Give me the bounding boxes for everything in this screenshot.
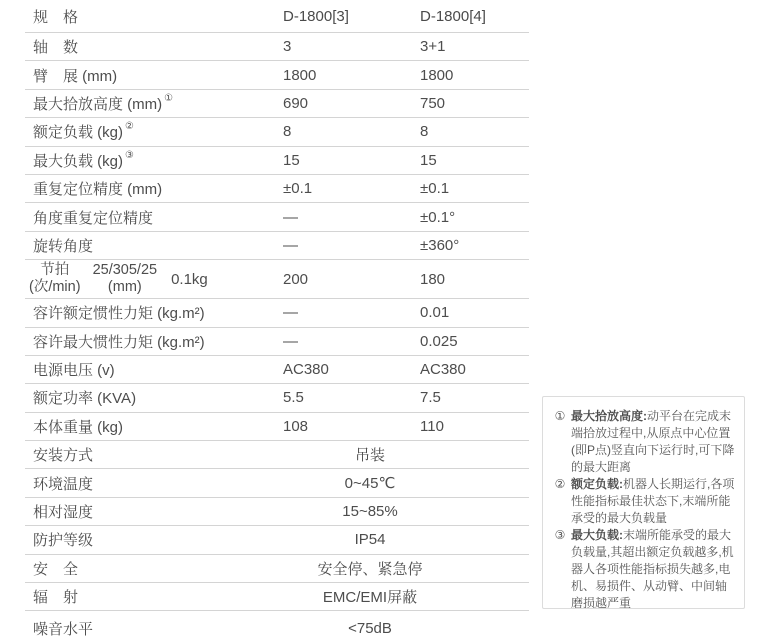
value-cell: ±0.1 bbox=[420, 180, 529, 197]
spec-row-body-weight: 本体重量 (kg) 108 110 bbox=[25, 413, 529, 441]
spec-row-arm-span: 臂 展 (mm) 1800 1800 bbox=[25, 61, 529, 89]
row-label-text: 噪音水平 bbox=[33, 618, 93, 639]
footnote-item-1: ① 最大拾放高度:动平台在完成末端拾放过程中,从原点中心位置(即P点)竖直向下运… bbox=[549, 408, 736, 476]
footnote-text: 最大负载:末端所能承受的最大负载量,其超出额定负载越多,机器人各项性能指标损失越… bbox=[571, 527, 736, 609]
spec-row-power-voltage: 电源电压 (v) AC380 AC380 bbox=[25, 356, 529, 384]
row-label: 额定功率 (KVA) bbox=[25, 387, 283, 408]
row-label: 相对湿度 bbox=[25, 501, 283, 522]
row-label: 角度重复定位精度 bbox=[25, 207, 283, 228]
merged-value-cell: IP54 bbox=[283, 531, 529, 548]
header-spec-text: 规 格 bbox=[33, 6, 78, 27]
footnote-marker: ② bbox=[549, 476, 571, 527]
value-cell: 5.5 bbox=[283, 389, 420, 406]
value-cell: — bbox=[283, 237, 420, 254]
value-cell: 8 bbox=[420, 123, 529, 140]
footnote-item-2: ② 额定负载:机器人长期运行,各项性能指标最佳状态下,末端所能承受的最大负载量 bbox=[549, 476, 736, 527]
spec-row-mounting: 安装方式 吊装 bbox=[25, 441, 529, 469]
footnote-text: 最大拾放高度:动平台在完成末端拾放过程中,从原点中心位置(即P点)竖直向下运行时… bbox=[571, 408, 736, 476]
value-cell: AC380 bbox=[420, 361, 529, 378]
row-label-text: 额定功率 (KVA) bbox=[33, 387, 136, 408]
row-label: 额定负载 (kg)② bbox=[25, 121, 283, 142]
row-label: 最大负载 (kg)③ bbox=[25, 150, 283, 171]
footnote-term: 最大拾放高度: bbox=[571, 409, 647, 423]
footnote-marker: ③ bbox=[549, 527, 571, 609]
footnote-ref: ② bbox=[125, 121, 134, 132]
row-label-text: 环境温度 bbox=[33, 473, 93, 494]
row-label-text: 安 全 bbox=[33, 558, 78, 579]
row-label: 最大拾放高度 (mm)① bbox=[25, 93, 283, 114]
footnote-ref: ③ bbox=[125, 150, 134, 161]
footnote-term: 额定负载: bbox=[571, 477, 623, 491]
row-label-text: 旋转角度 bbox=[33, 235, 93, 256]
row-label-text: 容许最大惯性力矩 (kg.m²) bbox=[33, 331, 205, 352]
cycle-rate-title: 节拍 bbox=[40, 262, 69, 279]
row-label: 重复定位精度 (mm) bbox=[25, 178, 283, 199]
value-cell: — bbox=[283, 209, 420, 226]
spec-row-relative-humidity: 相对湿度 15~85% bbox=[25, 498, 529, 526]
row-label: 辐 射 bbox=[25, 586, 283, 607]
cycle-rate-unit: 节拍 (次/min) bbox=[29, 262, 81, 296]
row-label: 安装方式 bbox=[25, 444, 283, 465]
value-cell: — bbox=[283, 304, 420, 321]
row-label-text: 最大拾放高度 (mm) bbox=[33, 93, 162, 114]
value-cell: 1800 bbox=[283, 67, 420, 84]
value-cell: ±0.1° bbox=[420, 209, 529, 226]
row-label-text: 臂 展 (mm) bbox=[33, 65, 117, 86]
value-cell: 750 bbox=[420, 95, 529, 112]
footnote-text: 额定负载:机器人长期运行,各项性能指标最佳状态下,末端所能承受的最大负载量 bbox=[571, 476, 736, 527]
spec-row-rated-inertia: 容许额定惯性力矩 (kg.m²) — 0.01 bbox=[25, 299, 529, 327]
row-label-text: 辐 射 bbox=[33, 586, 78, 607]
row-label-text: 电源电压 (v) bbox=[33, 359, 115, 380]
merged-value-cell: <75dB bbox=[283, 620, 529, 637]
value-cell: 3 bbox=[283, 38, 420, 55]
row-label-text: 本体重量 (kg) bbox=[33, 416, 123, 437]
value-cell: 15 bbox=[420, 152, 529, 169]
row-label-text: 最大负载 (kg) bbox=[33, 150, 123, 171]
cycle-rate-unit-text: (次/min) bbox=[29, 279, 81, 296]
row-label-text: 容许额定惯性力矩 (kg.m²) bbox=[33, 302, 205, 323]
value-cell: 0.01 bbox=[420, 304, 529, 321]
cycle-rate-load: 0.1kg bbox=[171, 271, 208, 288]
row-label-text: 轴 数 bbox=[33, 36, 78, 57]
value-cell: AC380 bbox=[283, 361, 420, 378]
cycle-rate-path-values: 25/305/25 bbox=[93, 262, 158, 279]
spec-table: 规 格 D-1800[3] D-1800[4] 轴 数 3 3+1 臂 展 (m… bbox=[25, 0, 529, 641]
row-label-text: 额定负载 (kg) bbox=[33, 121, 123, 142]
spec-row-ambient-temperature: 环境温度 0~45℃ bbox=[25, 469, 529, 497]
row-label: 容许额定惯性力矩 (kg.m²) bbox=[25, 302, 283, 323]
value-cell: 8 bbox=[283, 123, 420, 140]
value-cell: 7.5 bbox=[420, 389, 529, 406]
value-cell: 1800 bbox=[420, 67, 529, 84]
spec-row-max-pick-height: 最大拾放高度 (mm)① 690 750 bbox=[25, 90, 529, 118]
spec-row-protection-rating: 防护等级 IP54 bbox=[25, 526, 529, 554]
value-cell: 200 bbox=[283, 271, 420, 288]
cycle-rate-path-unit: (mm) bbox=[108, 279, 142, 296]
spec-row-repeat-accuracy: 重复定位精度 (mm) ±0.1 ±0.1 bbox=[25, 175, 529, 203]
row-label: 电源电压 (v) bbox=[25, 359, 283, 380]
value-cell: 180 bbox=[420, 271, 529, 288]
header-model-a: D-1800[3] bbox=[283, 8, 420, 25]
merged-value-cell: 安全停、紧急停 bbox=[283, 558, 529, 579]
merged-value-cell: 吊装 bbox=[283, 444, 529, 465]
row-label-text: 角度重复定位精度 bbox=[33, 207, 153, 228]
spec-row-rated-power: 额定功率 (KVA) 5.5 7.5 bbox=[25, 384, 529, 412]
spec-row-max-load: 最大负载 (kg)③ 15 15 bbox=[25, 147, 529, 175]
footnote-item-3: ③ 最大负载:末端所能承受的最大负载量,其超出额定负载越多,机器人各项性能指标损… bbox=[549, 527, 736, 609]
value-cell: ±360° bbox=[420, 237, 529, 254]
row-label: 容许最大惯性力矩 (kg.m²) bbox=[25, 331, 283, 352]
row-label-text: 安装方式 bbox=[33, 444, 93, 465]
table-header-row: 规 格 D-1800[3] D-1800[4] bbox=[25, 0, 529, 33]
footnotes-panel: ① 最大拾放高度:动平台在完成末端拾放过程中,从原点中心位置(即P点)竖直向下运… bbox=[542, 396, 745, 609]
spec-row-angle-repeat-accuracy: 角度重复定位精度 — ±0.1° bbox=[25, 203, 529, 231]
spec-row-axes: 轴 数 3 3+1 bbox=[25, 33, 529, 61]
footnote-term: 最大负载: bbox=[571, 528, 623, 542]
spec-row-cycle-rate: 节拍 (次/min) 25/305/25 (mm) 0.1kg 200 180 bbox=[25, 260, 529, 299]
row-label: 安 全 bbox=[25, 558, 283, 579]
value-cell: 0.025 bbox=[420, 333, 529, 350]
value-cell: 110 bbox=[420, 418, 529, 435]
value-cell: 690 bbox=[283, 95, 420, 112]
merged-value-cell: 15~85% bbox=[283, 503, 529, 520]
value-cell: 108 bbox=[283, 418, 420, 435]
spec-row-max-inertia: 容许最大惯性力矩 (kg.m²) — 0.025 bbox=[25, 328, 529, 356]
footnote-marker: ① bbox=[549, 408, 571, 476]
row-label: 防护等级 bbox=[25, 529, 283, 550]
spec-row-rotation-angle: 旋转角度 — ±360° bbox=[25, 232, 529, 260]
spec-row-rated-load: 额定负载 (kg)② 8 8 bbox=[25, 118, 529, 146]
row-label-text: 防护等级 bbox=[33, 529, 93, 550]
row-label-text: 相对湿度 bbox=[33, 501, 93, 522]
row-label: 噪音水平 bbox=[25, 618, 283, 639]
spec-row-radiation: 辐 射 EMC/EMI屏蔽 bbox=[25, 583, 529, 611]
header-spec-label: 规 格 bbox=[25, 6, 283, 27]
footnote-ref: ① bbox=[164, 93, 173, 104]
spec-row-noise-level: 噪音水平 <75dB bbox=[25, 611, 529, 641]
row-label: 轴 数 bbox=[25, 36, 283, 57]
row-label: 本体重量 (kg) bbox=[25, 416, 283, 437]
value-cell: 15 bbox=[283, 152, 420, 169]
spec-row-safety: 安 全 安全停、紧急停 bbox=[25, 555, 529, 583]
row-label: 旋转角度 bbox=[25, 235, 283, 256]
header-model-b: D-1800[4] bbox=[420, 8, 529, 25]
merged-value-cell: EMC/EMI屏蔽 bbox=[283, 586, 529, 607]
row-label: 节拍 (次/min) 25/305/25 (mm) 0.1kg bbox=[25, 262, 283, 296]
cycle-rate-path: 25/305/25 (mm) bbox=[93, 262, 158, 296]
value-cell: ±0.1 bbox=[283, 180, 420, 197]
row-label: 环境温度 bbox=[25, 473, 283, 494]
row-label: 臂 展 (mm) bbox=[25, 65, 283, 86]
value-cell: 3+1 bbox=[420, 38, 529, 55]
value-cell: — bbox=[283, 333, 420, 350]
merged-value-cell: 0~45℃ bbox=[283, 474, 529, 492]
row-label-text: 重复定位精度 (mm) bbox=[33, 178, 162, 199]
